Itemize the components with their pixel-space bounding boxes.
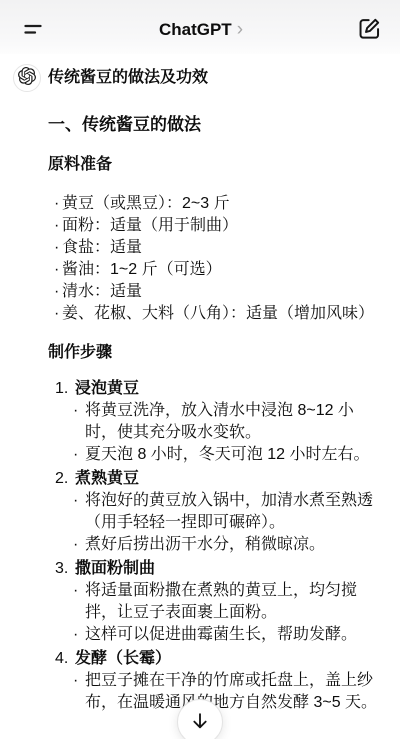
step-detail: · 将适量面粉撒在煮熟的黄豆上，均匀搅拌，让豆子表面裹上面粉。	[72, 580, 382, 624]
section-heading: 一、传统酱豆的做法	[48, 113, 382, 137]
step-item: 3.撒面粉制曲 · 将适量面粉撒在煮熟的黄豆上，均匀搅拌，让豆子表面裹上面粉。 …	[48, 558, 382, 646]
step-detail: · 将黄豆洗净，放入清水中浸泡 8~12 小时，使其充分吸水变软。	[72, 400, 382, 444]
ingredient-item: · 酱油：1~2 斤（可选）	[48, 259, 382, 281]
ingredient-item: · 黄豆（或黑豆）：2~3 斤	[48, 193, 382, 215]
app-title: ChatGPT	[159, 20, 232, 40]
step-header: 4.发酵（长霉）	[48, 648, 382, 670]
step-item: 2.煮熟黄豆 · 将泡好的黄豆放入锅中，加清水煮至熟透（用手轻轻一捏即可碾碎）。…	[48, 468, 382, 556]
openai-logo-icon	[18, 67, 36, 90]
bullet-marker: ·	[72, 444, 85, 466]
bullet-marker: ·	[72, 400, 85, 444]
new-chat-button[interactable]	[352, 13, 386, 47]
step-detail: · 夏天泡 8 小时，冬天可泡 12 小时左右。	[72, 444, 382, 466]
ingredients-heading: 原料准备	[48, 154, 382, 176]
step-details: · 将适量面粉撒在煮熟的黄豆上，均匀搅拌，让豆子表面裹上面粉。 · 这样可以促进…	[48, 580, 382, 646]
step-number: 1.	[55, 378, 75, 400]
step-detail: · 煮好后捞出沥干水分，稍微晾凉。	[72, 534, 382, 556]
step-title: 煮熟黄豆	[75, 470, 139, 487]
step-header: 1.浸泡黄豆	[48, 378, 382, 400]
bullet-marker: ·	[72, 670, 85, 714]
step-title: 浸泡黄豆	[75, 380, 139, 397]
step-header: 2.煮熟黄豆	[48, 468, 382, 490]
ingredient-item: · 清水：适量	[48, 281, 382, 303]
step-header: 3.撒面粉制曲	[48, 558, 382, 580]
step-details: · 将泡好的黄豆放入锅中，加清水煮至熟透（用手轻轻一捏即可碾碎）。 · 煮好后捞…	[48, 490, 382, 556]
steps-list: 1.浸泡黄豆 · 将黄豆洗净，放入清水中浸泡 8~12 小时，使其充分吸水变软。…	[48, 378, 382, 714]
bullet-marker: ·	[72, 534, 85, 556]
compose-icon	[357, 16, 382, 44]
bullet-marker: ·	[72, 624, 85, 646]
ingredient-item: · 姜、花椒、大料（八角）：适量（增加风味）	[48, 303, 382, 325]
bullet-marker: ·	[72, 490, 85, 534]
bullet-marker: ·	[48, 281, 62, 303]
chatgpt-avatar	[13, 64, 41, 92]
step-number: 3.	[55, 558, 75, 580]
message-title: 传统酱豆的做法及功效	[48, 59, 382, 92]
chatgpt-app-screen: ChatGPT › 传统酱豆的做法及功效 一、传统酱豆的做法 原料准备	[0, 0, 400, 739]
step-item: 1.浸泡黄豆 · 将黄豆洗净，放入清水中浸泡 8~12 小时，使其充分吸水变软。…	[48, 378, 382, 466]
ingredients-list: · 黄豆（或黑豆）：2~3 斤 · 面粉：适量（用于制曲） · 食盐：适量 · …	[48, 193, 382, 325]
bullet-marker: ·	[48, 259, 62, 281]
chevron-right-icon: ›	[237, 20, 243, 39]
bullet-marker: ·	[48, 193, 62, 215]
step-number: 4.	[55, 648, 75, 670]
bullet-marker: ·	[72, 580, 85, 624]
top-bar: ChatGPT ›	[0, 0, 400, 54]
sidebar-menu-icon	[20, 16, 46, 45]
step-title: 撒面粉制曲	[75, 560, 155, 577]
step-number: 2.	[55, 468, 75, 490]
model-selector[interactable]: ChatGPT ›	[159, 20, 243, 40]
menu-button[interactable]	[16, 13, 50, 47]
bullet-marker: ·	[48, 215, 62, 237]
step-detail: · 将泡好的黄豆放入锅中，加清水煮至熟透（用手轻轻一捏即可碾碎）。	[72, 490, 382, 534]
step-detail: · 把豆子摊在干净的竹席或托盘上，盖上纱布，在温暖通风的地方自然发酵 3~5 天…	[72, 670, 382, 714]
down-arrow-icon	[189, 710, 211, 735]
assistant-message: 传统酱豆的做法及功效 一、传统酱豆的做法 原料准备 · 黄豆（或黑豆）：2~3 …	[0, 54, 400, 714]
step-details: · 将黄豆洗净，放入清水中浸泡 8~12 小时，使其充分吸水变软。 · 夏天泡 …	[48, 400, 382, 466]
steps-heading: 制作步骤	[48, 342, 382, 364]
bullet-marker: ·	[48, 237, 62, 259]
step-title: 发酵（长霉）	[75, 650, 171, 667]
ingredient-item: · 面粉：适量（用于制曲）	[48, 215, 382, 237]
ingredient-item: · 食盐：适量	[48, 237, 382, 259]
step-detail: · 这样可以促进曲霉菌生长，帮助发酵。	[72, 624, 382, 646]
bullet-marker: ·	[48, 303, 62, 325]
scroll-to-bottom-button[interactable]	[177, 699, 223, 739]
